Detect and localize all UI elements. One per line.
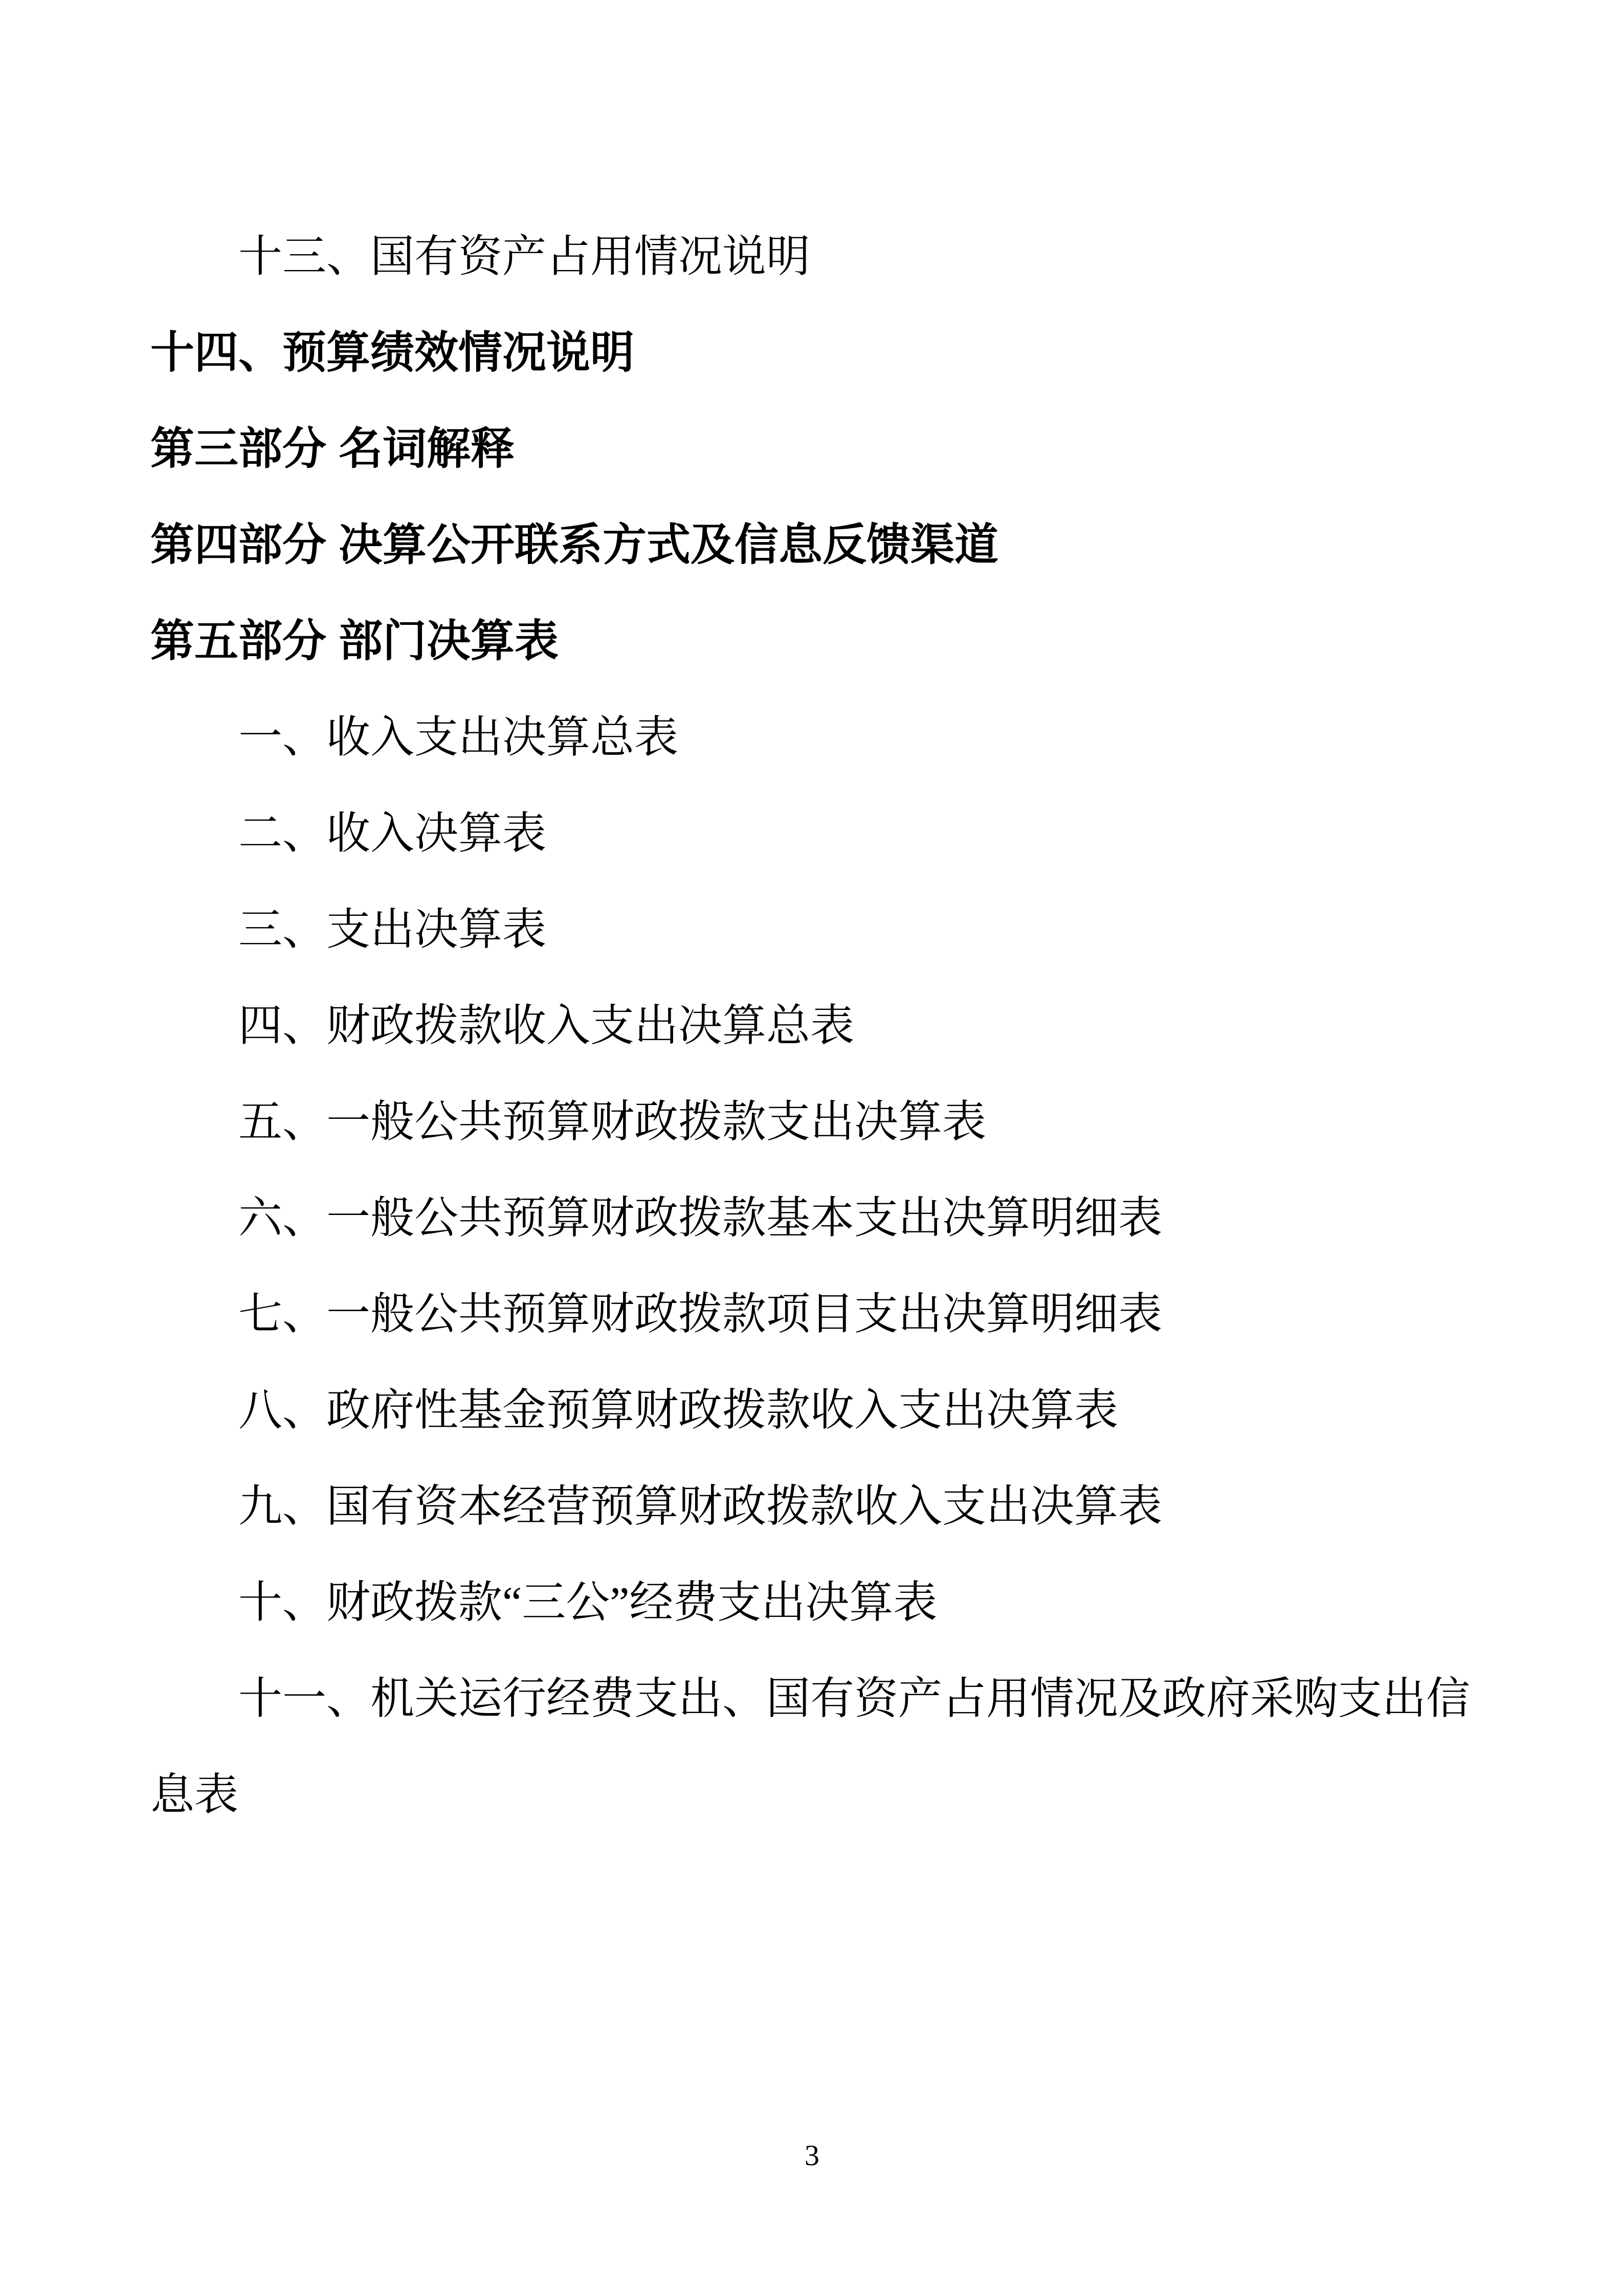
heading-part-5: 第五部分 部门决算表 xyxy=(150,593,1480,689)
toc-table-3: 三、支出决算表 xyxy=(150,882,1480,978)
toc-table-10: 十、财政拨款“三公”经费支出决算表 xyxy=(150,1555,1480,1651)
heading-part-4: 第四部分 决算公开联系方式及信息反馈渠道 xyxy=(150,497,1480,593)
toc-item-13: 十三、国有资产占用情况说明 xyxy=(150,209,1480,305)
page-number: 3 xyxy=(0,2139,1624,2172)
toc-table-11-wrap: 息表 xyxy=(150,1747,1480,1843)
heading-part-3: 第三部分 名词解释 xyxy=(150,401,1480,497)
table-of-contents: 十三、国有资产占用情况说明 十四、预算绩效情况说明 第三部分 名词解释 第四部分… xyxy=(150,209,1480,1843)
toc-table-4: 四、财政拨款收入支出决算总表 xyxy=(150,978,1480,1074)
toc-table-1: 一、收入支出决算总表 xyxy=(150,689,1480,785)
document-page: 十三、国有资产占用情况说明 十四、预算绩效情况说明 第三部分 名词解释 第四部分… xyxy=(0,0,1624,2296)
toc-table-9: 九、国有资本经营预算财政拨款收入支出决算表 xyxy=(150,1458,1480,1555)
toc-table-7: 七、一般公共预算财政拨款项目支出决算明细表 xyxy=(150,1266,1480,1362)
toc-table-6: 六、一般公共预算财政拨款基本支出决算明细表 xyxy=(150,1170,1480,1266)
toc-table-11: 十一、机关运行经费支出、国有资产占用情况及政府采购支出信 xyxy=(150,1651,1480,1747)
toc-table-2: 二、收入决算表 xyxy=(150,785,1480,882)
toc-item-14: 十四、预算绩效情况说明 xyxy=(150,305,1480,401)
toc-table-8: 八、政府性基金预算财政拨款收入支出决算表 xyxy=(150,1362,1480,1458)
toc-table-5: 五、一般公共预算财政拨款支出决算表 xyxy=(150,1074,1480,1170)
